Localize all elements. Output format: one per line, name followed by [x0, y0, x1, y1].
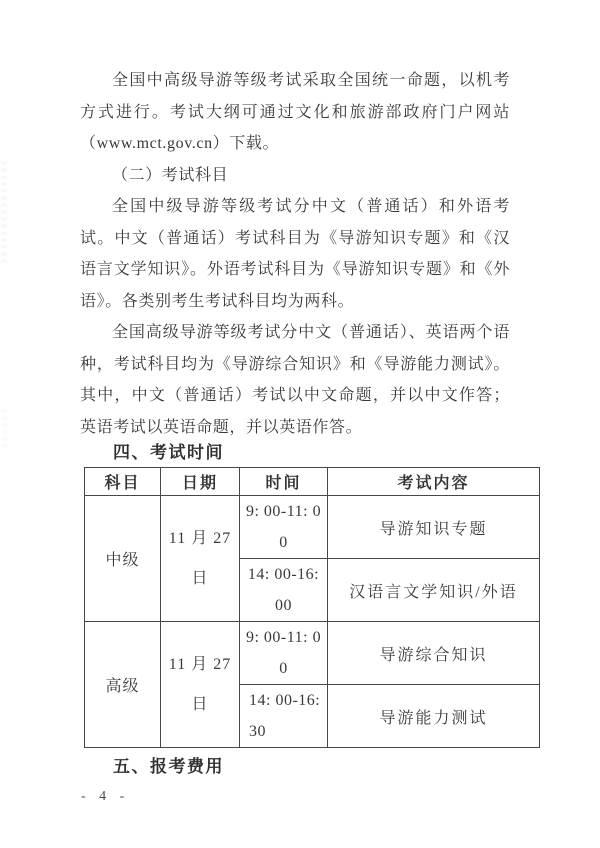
page-number: - 4 -: [81, 789, 129, 805]
content-cell: 导游综合知识: [328, 622, 540, 685]
time-cell: 14: 00-16: 00: [240, 559, 328, 622]
date-cell-intermediate: 11 月 27 日: [161, 496, 240, 622]
subject-cell-intermediate: 中级: [85, 496, 161, 622]
column-header-subject: 科目: [85, 468, 161, 496]
time-cell: 14: 00-16: 30: [240, 685, 328, 748]
content-cell: 导游知识专题: [328, 496, 540, 559]
table-row: 高级 11 月 27 日 9: 00-11: 0 0 导游综合知识: [85, 622, 540, 685]
document-page: 全国中高级导游等级考试采取全国统一命题，以机考方式进行。考试大纲可通过文化和旅游…: [0, 0, 600, 848]
section-heading-exam-time: 四、考试时间: [113, 438, 224, 463]
scan-bleed-artifact: [2, 410, 7, 452]
content-cell: 导游能力测试: [328, 685, 540, 748]
paragraph-intermediate-subjects: 全国中级导游等级考试分中文（普通话）和外语考试。中文（普通话）考试科目为《导游知…: [80, 191, 510, 317]
paragraph-exam-method: 全国中高级导游等级考试采取全国统一命题，以机考方式进行。考试大纲可通过文化和旅游…: [80, 65, 510, 160]
column-header-time: 时间: [240, 468, 328, 496]
subject-cell-advanced: 高级: [85, 622, 161, 748]
subheading-exam-subjects: （二）考试科目: [80, 160, 510, 192]
content-cell: 汉语言文学知识/外语: [328, 559, 540, 622]
section-heading-exam-fees: 五、报考费用: [113, 752, 224, 777]
table-row: 中级 11 月 27 日 9: 00-11: 0 0 导游知识专题: [85, 496, 540, 559]
column-header-content: 考试内容: [328, 468, 540, 496]
exam-schedule-table: 科目 日期 时间 考试内容 中级 11 月 27 日 9: 00-11: 0 0…: [84, 467, 540, 748]
date-cell-advanced: 11 月 27 日: [161, 622, 240, 748]
column-header-date: 日期: [161, 468, 240, 496]
table-header-row: 科目 日期 时间 考试内容: [85, 468, 540, 496]
scan-bleed-artifact: [1, 162, 7, 267]
time-cell: 9: 00-11: 0 0: [240, 622, 328, 685]
time-cell: 9: 00-11: 0 0: [240, 496, 328, 559]
paragraph-advanced-subjects: 全国高级导游等级考试分中文（普通话）、英语两个语种，考试科目均为《导游综合知识》…: [80, 317, 510, 443]
body-text-block: 全国中高级导游等级考试采取全国统一命题，以机考方式进行。考试大纲可通过文化和旅游…: [80, 65, 510, 443]
